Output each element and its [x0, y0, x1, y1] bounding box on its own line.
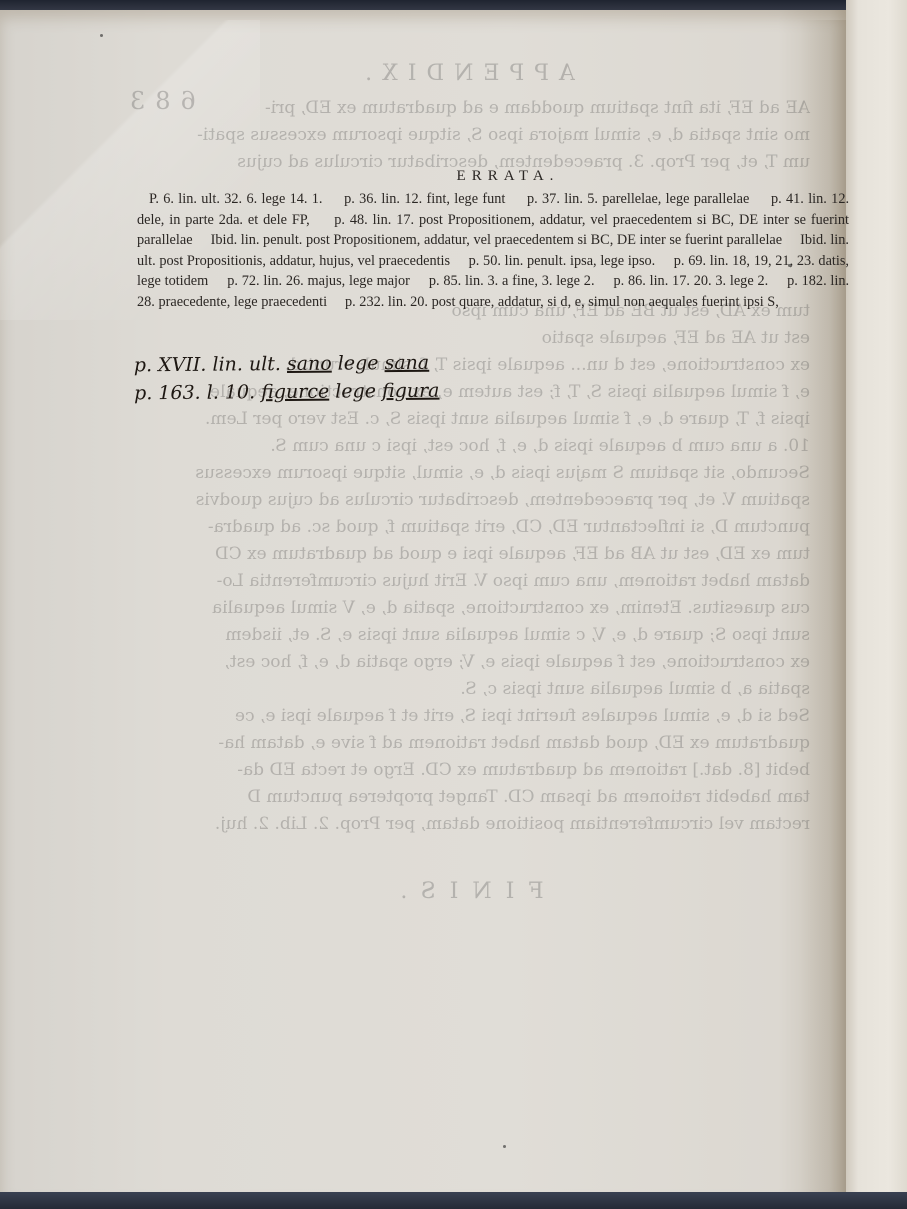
- errata-entry: Ibid. lin. penult. post Propositionem, a…: [196, 232, 782, 248]
- next-page-edge: [846, 0, 907, 1209]
- hw-wrong-word: sano: [287, 353, 332, 375]
- errata-title: ERRATA.: [137, 168, 849, 185]
- hw-location: p. XVII. lin. ult.: [134, 353, 287, 376]
- hw-correct-word: sana: [384, 352, 429, 374]
- errata-entry: p. 72. lin. 26. majus, lege major: [212, 273, 410, 289]
- errata-entry: p. 36. lin. 12. fint, lege funt: [327, 191, 506, 207]
- hw-correct-word: figura: [382, 380, 440, 403]
- errata-entry: p. 86. lin. 17. 20. 3. lege 2.: [598, 273, 768, 289]
- errata-entry: p. 37. lin. 5. parellelae, lege parallel…: [510, 191, 750, 207]
- paper-speck: [788, 264, 791, 267]
- hw-lege: lege: [329, 380, 382, 402]
- hw-location: p. 163. l. 10.: [134, 381, 261, 404]
- paper-speck: [503, 1145, 506, 1148]
- backdrop-bottom: [0, 1192, 907, 1209]
- handwritten-line: p. XVII. lin. ult. sano lege sana: [134, 349, 440, 380]
- errata-section: ERRATA. P. 6. lin. ult. 32. 6. lege 14. …: [137, 168, 849, 312]
- errata-entry: p. 85. lin. 3. a fine, 3. lege 2.: [414, 273, 595, 289]
- errata-entry: p. 232. lin. 20. post quare, addatur, si…: [331, 294, 779, 310]
- errata-body: P. 6. lin. ult. 32. 6. lege 14. 1. p. 36…: [137, 189, 849, 312]
- errata-entry: p. 50. lin. penult. ipsa, lege ipso.: [454, 253, 655, 269]
- paper-speck: [100, 34, 103, 37]
- hw-lege: lege: [332, 352, 385, 374]
- hw-wrong-word: figurce: [261, 381, 329, 404]
- errata-entry: P. 6. lin. ult. 32. 6. lege 14. 1.: [149, 191, 323, 207]
- handwritten-corrections: p. XVII. lin. ult. sano lege sana p. 163…: [134, 349, 440, 408]
- handwritten-line: p. 163. l. 10. figurce lege figura: [134, 377, 440, 408]
